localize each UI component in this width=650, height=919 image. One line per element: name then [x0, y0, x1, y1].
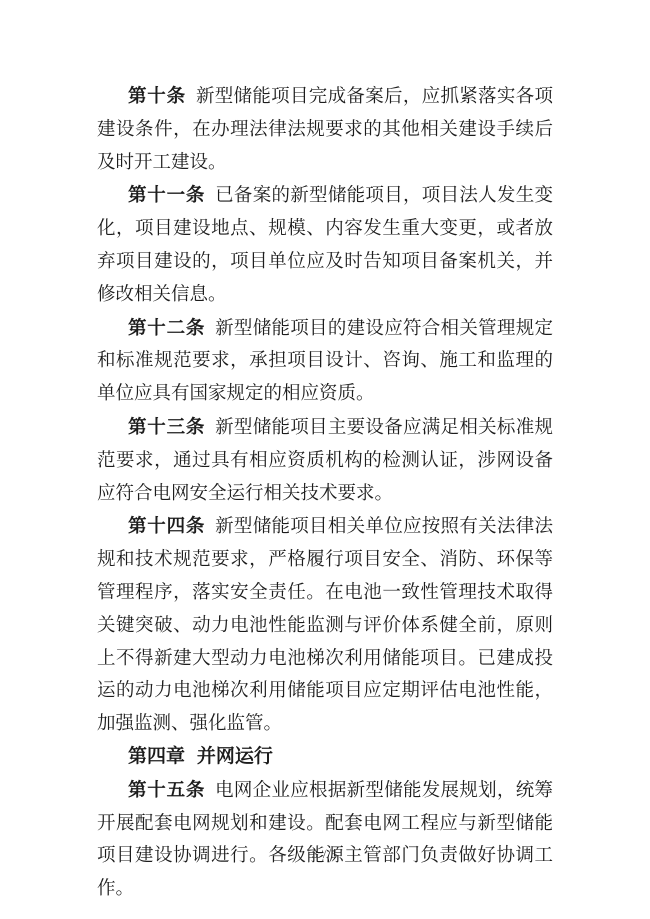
- article-text: 新型储能项目相关单位应按照有关法律法规和技术规范要求，严格履行项目安全、消防、环…: [97, 517, 553, 734]
- article-paragraph: 第十三条新型储能项目主要设备应满足相关标准规范要求，通过具有相应资质机构的检测认…: [97, 411, 553, 510]
- page-number: 3 / 5: [0, 847, 650, 862]
- article-number: 第十一条: [128, 184, 205, 205]
- article-paragraph: 第十二条新型储能项目的建设应符合相关管理规定和标准规范要求，承担项目设计、咨询、…: [97, 312, 553, 411]
- chapter-heading: 第四章 并网运行: [97, 741, 553, 774]
- article-number: 第十条: [128, 85, 186, 106]
- document-page: 第十条新型储能项目完成备案后，应抓紧落实各项建设条件，在办理法律法规要求的其他相…: [0, 0, 650, 919]
- article-number: 第十四条: [128, 515, 205, 536]
- article-number: 第十二条: [128, 317, 205, 338]
- article-number: 第十五条: [128, 779, 205, 800]
- article-paragraph: 第十条新型储能项目完成备案后，应抓紧落实各项建设条件，在办理法律法规要求的其他相…: [97, 80, 553, 179]
- article-paragraph: 第十一条已备案的新型储能项目，项目法人发生变化，项目建设地点、规模、内容发生重大…: [97, 179, 553, 311]
- document-body: 第十条新型储能项目完成备案后，应抓紧落实各项建设条件，在办理法律法规要求的其他相…: [97, 80, 553, 906]
- article-paragraph: 第十五条电网企业应根据新型储能发展规划，统筹开展配套电网规划和建设。配套电网工程…: [97, 774, 553, 906]
- article-number: 第十三条: [128, 416, 205, 437]
- article-paragraph: 第十四条新型储能项目相关单位应按照有关法律法规和技术规范要求，严格履行项目安全、…: [97, 510, 553, 741]
